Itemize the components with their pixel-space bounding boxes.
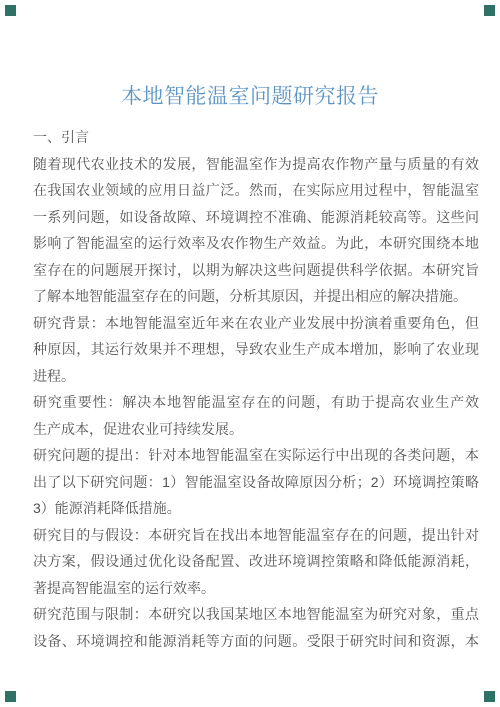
text-line: 了解本地智能温室存在的问题，分析其原因，并提出相应的解决措施。 xyxy=(33,283,479,310)
document-body: 一、引言 随着现代农业技术的发展，智能温室作为提高农作物产量与质量的有效手段，在… xyxy=(33,124,479,654)
corner-marker-top-left-icon xyxy=(5,5,16,16)
text-line: 研究背景：本地智能温室近年来在农业产业发展中扮演着重要角色，但由于种 xyxy=(33,310,479,337)
text-line: 种原因，其运行效果并不理想，导致农业生产成本增加，影响了农业现代化的 xyxy=(33,336,479,363)
text-line: 一系列问题，如设备故障、环境调控不准确、能源消耗较高等。这些问题严重 xyxy=(33,204,479,231)
report-title: 本地智能温室问题研究报告 xyxy=(0,80,500,110)
corner-marker-bottom-right-icon xyxy=(484,691,495,702)
text-line: 影响了智能温室的运行效率及农作物生产效益。为此，本研究围绕本地智能温 xyxy=(33,230,479,257)
corner-marker-top-right-icon xyxy=(484,5,495,16)
text-line: 在我国农业领域的应用日益广泛。然而，在实际应用过程中，智能温室面临着 xyxy=(33,177,479,204)
text-line: 室存在的问题展开探讨，以期为解决这些问题提供科学依据。本研究旨在深入 xyxy=(33,257,479,284)
corner-marker-bottom-left-icon xyxy=(5,691,16,702)
text-line: 研究问题的提出：针对本地智能温室在实际运行中出现的各类问题，本研究提 xyxy=(33,442,479,469)
text-line: 研究范围与限制：本研究以我国某地区本地智能温室为研究对象，重点分析其 xyxy=(33,601,479,628)
document-body-lines: 随着现代农业技术的发展，智能温室作为提高农作物产量与质量的有效手段，在我国农业领… xyxy=(33,151,479,655)
report-page: 本地智能温室问题研究报告 一、引言 随着现代农业技术的发展，智能温室作为提高农作… xyxy=(0,0,500,707)
text-line: 研究重要性：解决本地智能温室存在的问题，有助于提高农业生产效率，降低 xyxy=(33,389,479,416)
text-line: 3）能源消耗降低措施。 xyxy=(33,495,479,522)
text-line: 生产成本，促进农业可持续发展。 xyxy=(33,416,479,443)
text-line: 随着现代农业技术的发展，智能温室作为提高农作物产量与质量的有效手段， xyxy=(33,151,479,178)
text-line: 研究目的与假设：本研究旨在找出本地智能温室存在的问题，提出针对性的解 xyxy=(33,522,479,549)
text-line: 著提高智能温室的运行效率。 xyxy=(33,575,479,602)
text-line: 出了以下研究问题：1）智能温室设备故障原因分析；2）环境调控策略优化； xyxy=(33,469,479,496)
text-line: 设备、环境调控和能源消耗等方面的问题。受限于研究时间和资源，本报告所 xyxy=(33,628,479,655)
text-line: 决方案，假设通过优化设备配置、改进环境调控策略和降低能源消耗，可以显 xyxy=(33,548,479,575)
section-heading: 一、引言 xyxy=(33,124,479,151)
text-line: 进程。 xyxy=(33,363,479,390)
